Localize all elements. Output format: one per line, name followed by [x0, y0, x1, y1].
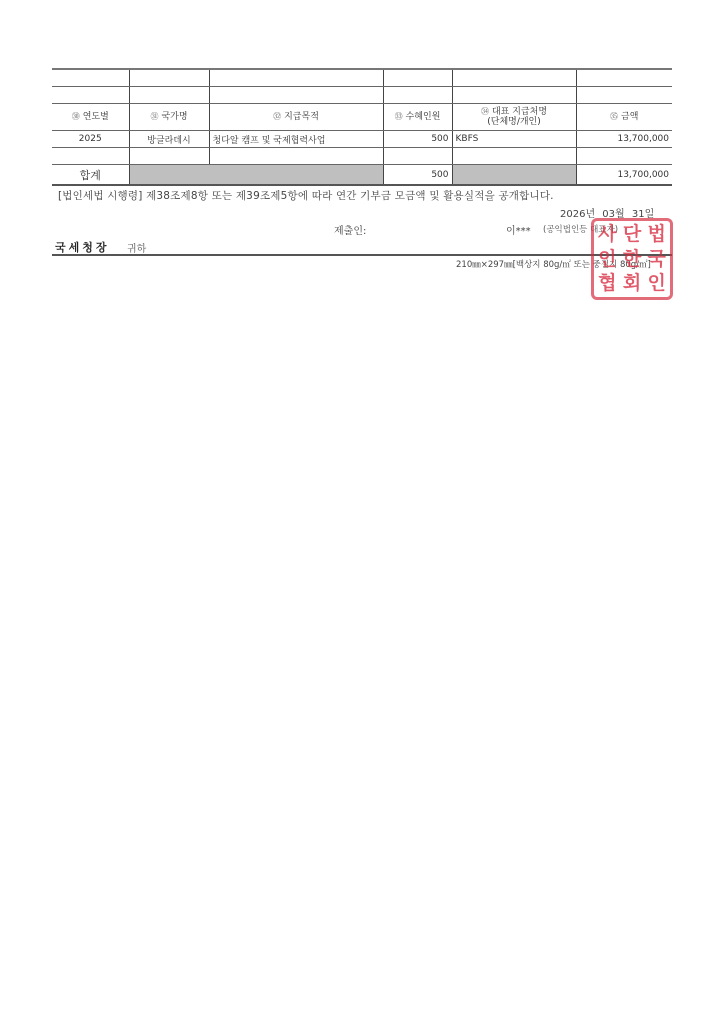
submitter-name: 이*** [506, 222, 531, 237]
total-amount: 13,700,000 [576, 165, 672, 186]
header-amount: ㉟금액 [576, 104, 672, 131]
legal-notice: [법인세법 시행령] 제38조제8항 또는 제39조제5항에 따라 연간 기부금… [58, 188, 554, 203]
table-row: 2025 방글라데시 청다알 캠프 및 국제협력사업 500 KBFS 13,7… [52, 131, 672, 148]
seal-glyph: 한 [620, 247, 645, 272]
cell-recipient: KBFS [452, 131, 576, 148]
cell-country [129, 148, 209, 165]
total-row: 합계 500 13,700,000 [52, 165, 672, 186]
cell-country: 방글라데시 [129, 131, 209, 148]
cell-purpose: 청다알 캠프 및 국제협력사업 [209, 131, 383, 148]
table-header-row: ㉚연도별 ㉛국가명 ㉜지급목적 ㉝수혜인원 ㉞대표 지급처명(단체명/개인) ㉟… [52, 104, 672, 131]
cell-beneficiaries: 500 [383, 131, 452, 148]
seal-glyph: 사 [595, 222, 620, 247]
total-beneficiaries: 500 [383, 165, 452, 186]
official-seal-icon: 사 단 법 인 한 국 협 회 인 [591, 218, 673, 300]
header-purpose: ㉜지급목적 [209, 104, 383, 131]
seal-glyph: 단 [620, 222, 645, 247]
addressee-name: 국세청장 [55, 239, 110, 255]
seal-glyph: 법 [644, 222, 669, 247]
seal-glyph: 협 [595, 271, 620, 296]
seal-glyph: 인 [644, 271, 669, 296]
seal-glyph: 회 [620, 271, 645, 296]
blank-row [52, 87, 672, 104]
cell-year [52, 148, 129, 165]
divider [52, 254, 672, 256]
seal-glyph: 국 [644, 247, 669, 272]
header-recipient: ㉞대표 지급처명(단체명/개인) [452, 104, 576, 131]
cell-purpose [209, 148, 383, 165]
table-row [52, 148, 672, 165]
cell-year: 2025 [52, 131, 129, 148]
seal-glyph: 인 [595, 247, 620, 272]
total-shaded-cell [129, 165, 383, 186]
cell-beneficiaries [383, 148, 452, 165]
header-beneficiaries: ㉝수혜인원 [383, 104, 452, 131]
total-shaded-cell [452, 165, 576, 186]
cell-amount: 13,700,000 [576, 131, 672, 148]
cell-recipient [452, 148, 576, 165]
header-country: ㉛국가명 [129, 104, 209, 131]
addressee-suffix: 귀하 [127, 240, 146, 255]
cell-amount [576, 148, 672, 165]
total-label: 합계 [52, 165, 129, 186]
submitter-label: 제출인: [334, 222, 366, 237]
header-year: ㉚연도별 [52, 104, 129, 131]
donation-usage-table: ㉚연도별 ㉛국가명 ㉜지급목적 ㉝수혜인원 ㉞대표 지급처명(단체명/개인) ㉟… [52, 68, 672, 186]
blank-row [52, 69, 672, 87]
